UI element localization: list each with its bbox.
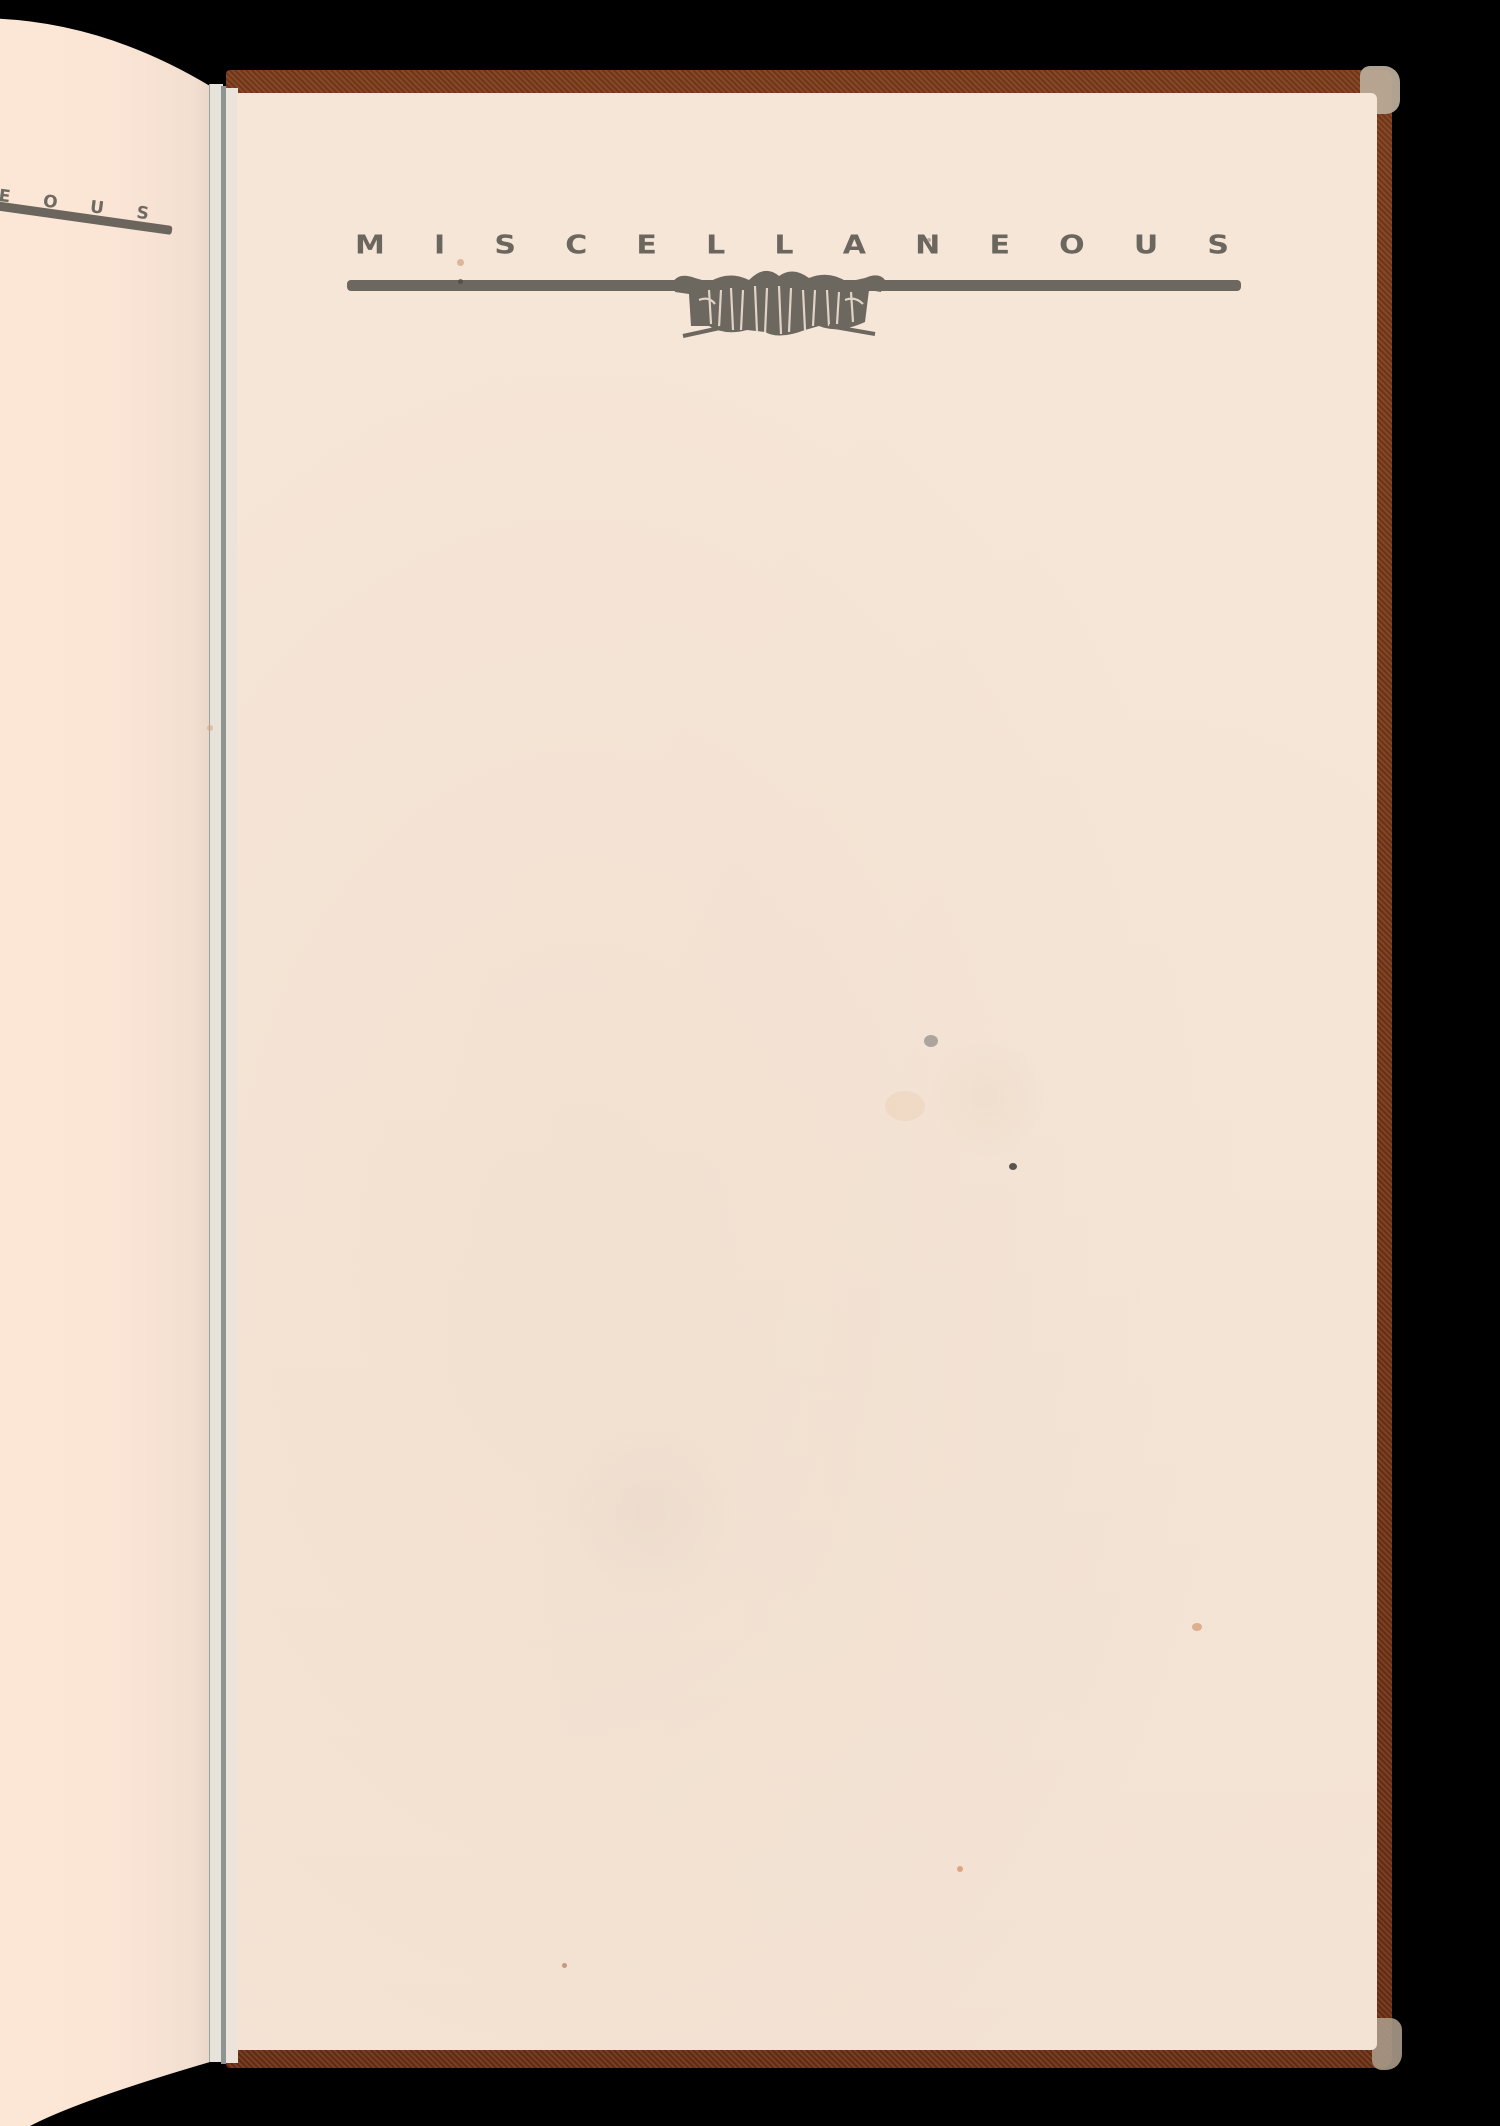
paper-spot [457,259,464,266]
foxing-stain [557,1413,737,1613]
heading-letter: L [706,231,725,262]
foxing-stain [927,1038,1047,1158]
paper-spot [924,1035,938,1047]
heading-letter: S [494,231,516,262]
heading-letter: C [565,231,587,262]
section-heading: M I S C E L L A N E O U S [347,228,1241,448]
heading-letter: I [434,231,445,262]
paper-spot [458,279,463,284]
paper-spot [957,1866,963,1872]
heading-letter: S [1207,231,1229,262]
left-page-heading: EOUS [0,176,200,256]
heading-letter: E [989,231,1010,262]
heading-letter: M [355,231,385,262]
paper-spot [210,2095,216,2101]
heading-letter: A [843,231,866,262]
paper-spot [1192,1623,1202,1631]
foxing-stain [885,1091,925,1121]
paper-spot [207,725,213,731]
heading-letter: E [636,231,657,262]
heading-letter: N [915,231,940,262]
left-facing-page [0,0,210,2126]
paper-spot [562,1963,567,1968]
heading-title: M I S C E L L A N E O U S [347,228,1241,264]
paper-spot [1009,1163,1017,1170]
heading-letter: U [1134,231,1158,262]
paper-spot [927,238,931,242]
heading-letter: L [774,231,793,262]
knot-ornament-icon [669,260,889,342]
heading-letter: O [1059,231,1085,262]
right-page: M I S C E L L A N E O U S [237,93,1377,2050]
